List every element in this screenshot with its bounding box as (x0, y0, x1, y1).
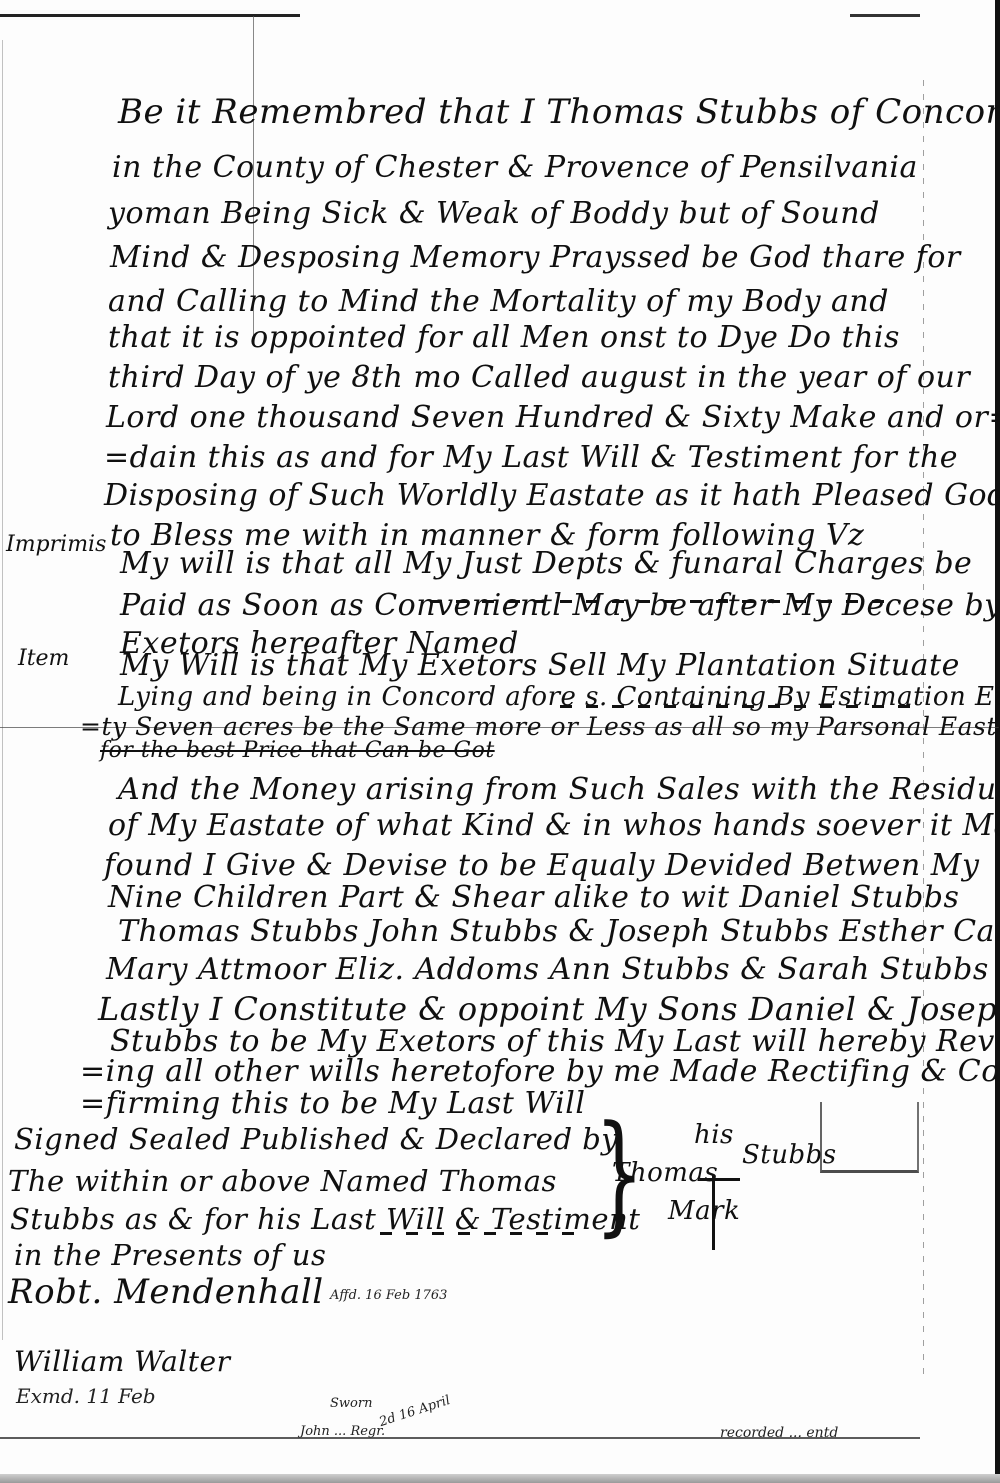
body-line: of My Eastate of what Kind & in whos han… (108, 808, 1000, 843)
body-line: Paid as Soon as Convenientl May be after… (120, 588, 1000, 623)
sworn-note: Sworn (330, 1396, 372, 1411)
filler-dashes (430, 600, 900, 603)
paper-top-edge-right (850, 14, 920, 17)
filler-dashes (380, 1232, 580, 1235)
body-line: Disposing of Such Worldly Eastate as it … (104, 478, 1000, 513)
body-line: =dain this as and for My Last Will & Tes… (104, 440, 958, 475)
probate-date-note: 2d 16 April (377, 1393, 452, 1430)
body-line: Lord one thousand Seven Hundred & Sixty … (106, 400, 1000, 435)
body-line: And the Money arising from Such Sales wi… (118, 772, 1000, 807)
witness-affirmation-note: Affd. 16 Feb 1763 (330, 1288, 447, 1303)
cross-mark-icon (700, 1178, 740, 1181)
register-note: John ... Regr. (300, 1424, 385, 1439)
scan-right-border (995, 0, 1000, 1483)
body-line: and Calling to Mind the Mortality of my … (108, 284, 889, 319)
body-line: Mary Attmoor Eliz. Addoms Ann Stubbs & S… (106, 952, 989, 987)
margin-note-imprimis: Imprimis (6, 532, 106, 557)
scan-bottom-shadow (0, 1474, 1000, 1483)
attestation-line: The within or above Named Thomas (8, 1164, 557, 1198)
paper-left-edge (2, 40, 3, 1340)
body-line: Mind & Desposing Memory Prayssed be God … (110, 240, 961, 275)
attestation-line: in the Presents of us (14, 1238, 326, 1272)
his-label: his (694, 1120, 734, 1150)
body-line: third Day of ye 8th mo Called august in … (108, 360, 970, 395)
body-line: My Will is that My Exetors Sell My Plant… (120, 648, 960, 683)
witness-signature: William Walter (14, 1345, 230, 1378)
mark-label: Mark (668, 1196, 740, 1226)
recorded-note: recorded ... entd (720, 1425, 838, 1441)
body-line: yoman Being Sick & Weak of Boddy but of … (108, 196, 880, 231)
testator-first-name: Thomas (612, 1158, 718, 1188)
body-line: =ing all other wills heretofore by me Ma… (80, 1054, 1000, 1089)
struck-body-line: for the best Price that Can be Got (100, 738, 495, 763)
body-line: Lastly I Constitute & oppoint My Sons Da… (98, 990, 1000, 1028)
witness-exam-note: Exmd. 11 Feb (16, 1384, 156, 1408)
body-line: in the County of Chester & Provence of P… (112, 150, 918, 185)
document-page: Be it Remembred that I Thomas Stubbs of … (0, 0, 1000, 1483)
body-line: found I Give & Devise to be Equaly Devid… (104, 848, 979, 883)
body-line: Nine Children Part & Shear alike to wit … (108, 880, 959, 915)
body-line: My will is that all My Just Depts & funa… (120, 546, 972, 581)
body-line: =ty Seven acres be the Same more or Less… (80, 712, 1000, 741)
body-line: that it is oppointed for all Men onst to… (108, 320, 900, 355)
margin-note-item: Item (18, 646, 69, 671)
body-line: =firming this to be My Last Will (80, 1086, 585, 1121)
body-line: Be it Remembred that I Thomas Stubbs of … (118, 92, 1000, 132)
attestation-line: Stubbs as & for his Last Will & Testimen… (10, 1202, 640, 1236)
filler-dashes (560, 705, 920, 708)
wax-seal-outline (820, 1102, 919, 1173)
body-line: Thomas Stubbs John Stubbs & Joseph Stubb… (118, 914, 1000, 949)
paper-top-edge (0, 14, 300, 17)
witness-signature: Robt. Mendenhall (8, 1272, 324, 1312)
attestation-line: Signed Sealed Published & Declared by (14, 1122, 618, 1156)
